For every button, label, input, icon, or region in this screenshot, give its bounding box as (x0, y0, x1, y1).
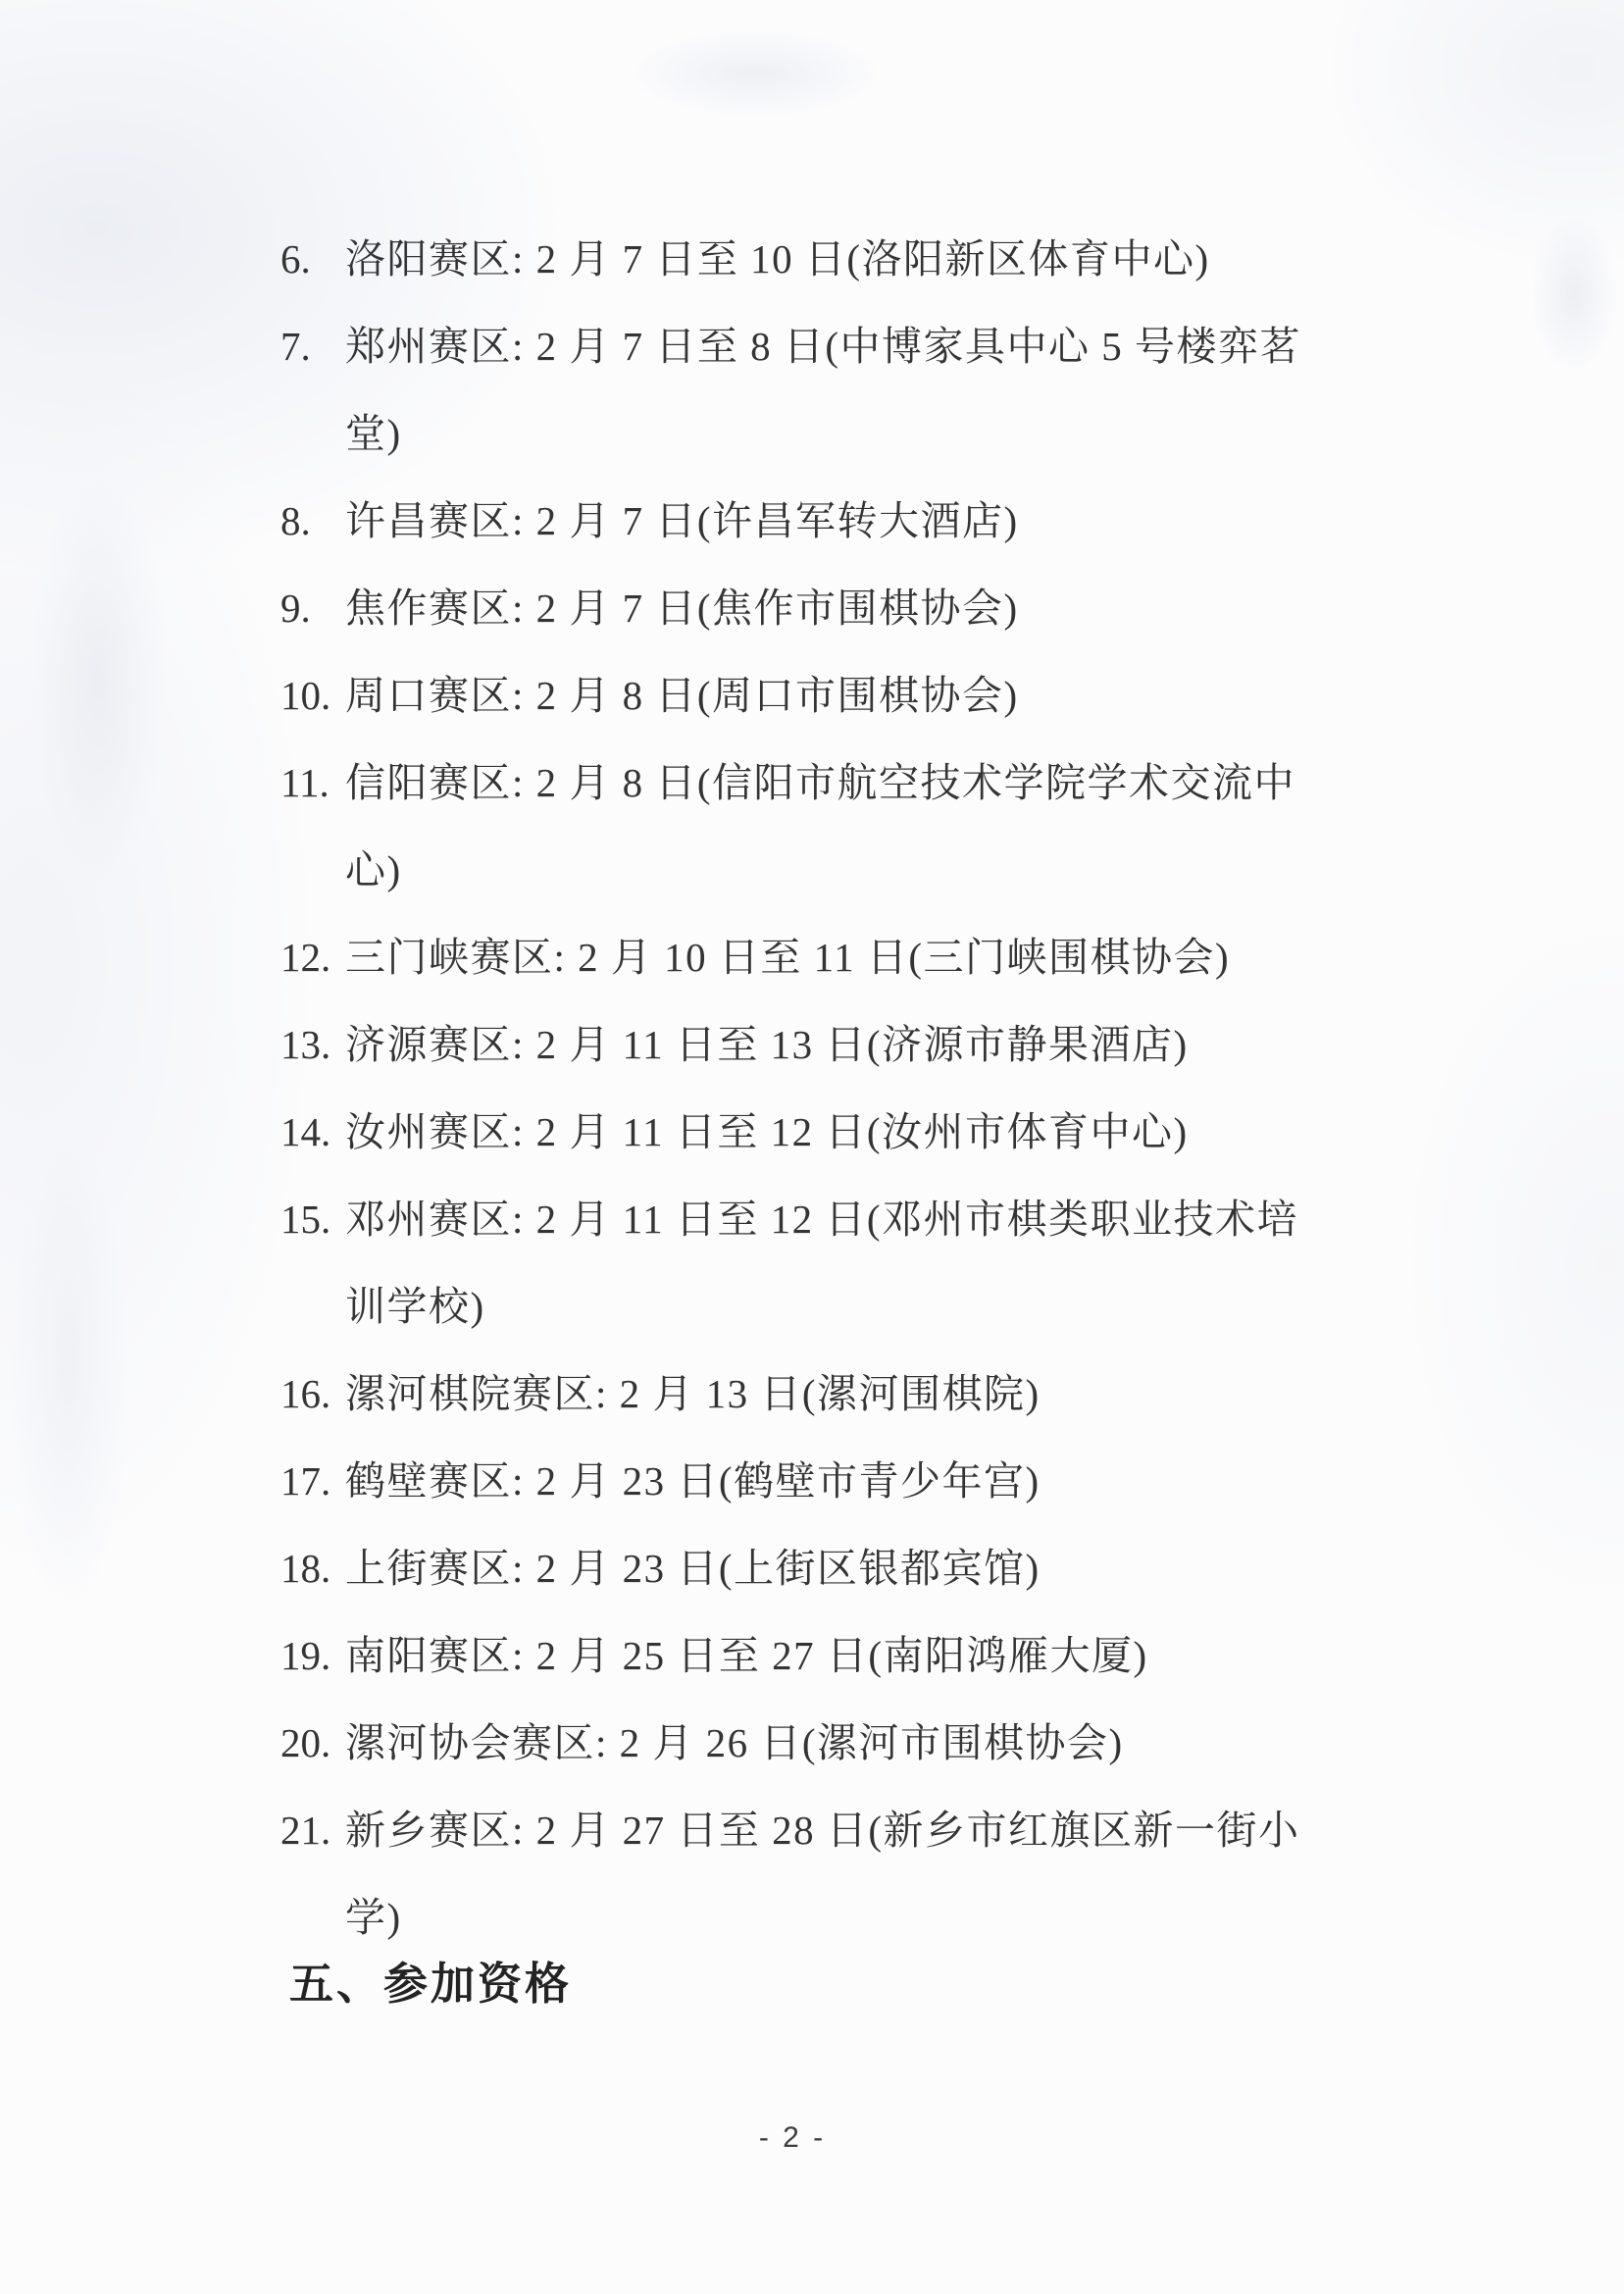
list-item-lines: 上街赛区: 2 月 23 日(上街区银都宾馆) (345, 1525, 1624, 1612)
list-item-number: 11. (280, 739, 330, 827)
list-item-number: 6. (280, 216, 311, 303)
venue-list-item: 16. 漯河棋院赛区: 2 月 13 日(漯河围棋院) (0, 1351, 1624, 1438)
list-item-number: 16. (280, 1351, 330, 1438)
list-item-line: 邓州赛区: 2 月 11 日至 12 日(邓州市棋类职业技术培 (345, 1176, 1624, 1263)
venue-list-item: 13. 济源赛区: 2 月 11 日至 13 日(济源市静果酒店) (0, 1001, 1624, 1089)
venue-list-item: 15. 邓州赛区: 2 月 11 日至 12 日(邓州市棋类职业技术培训学校) (0, 1176, 1624, 1351)
list-item-number: 15. (280, 1176, 330, 1263)
list-item-number: 8. (280, 478, 311, 565)
list-item-line: 许昌赛区: 2 月 7 日(许昌军转大酒店) (345, 478, 1624, 565)
list-item-line: 汝州赛区: 2 月 11 日至 12 日(汝州市体育中心) (345, 1089, 1624, 1176)
venue-list-item: 7. 郑州赛区: 2 月 7 日至 8 日(中博家具中心 5 号楼弈茗堂) (0, 303, 1624, 478)
venue-list-item: 19. 南阳赛区: 2 月 25 日至 27 日(南阳鸿雁大厦) (0, 1612, 1624, 1700)
venue-list-item: 11. 信阳赛区: 2 月 8 日(信阳市航空技术学院学术交流中心) (0, 739, 1624, 914)
list-item-lines: 南阳赛区: 2 月 25 日至 27 日(南阳鸿雁大厦) (345, 1612, 1624, 1700)
list-item-number: 17. (280, 1438, 330, 1525)
venue-list-item: 21. 新乡赛区: 2 月 27 日至 28 日(新乡市红旗区新一街小学) (0, 1787, 1624, 1962)
venue-list-item: 10. 周口赛区: 2 月 8 日(周口市围棋协会) (0, 652, 1624, 739)
list-item-number: 13. (280, 1001, 330, 1089)
list-item-line: 济源赛区: 2 月 11 日至 13 日(济源市静果酒店) (345, 1001, 1624, 1089)
list-item-line: 郑州赛区: 2 月 7 日至 8 日(中博家具中心 5 号楼弈茗 (345, 303, 1624, 390)
page-number: - 2 - (0, 2121, 1604, 2155)
list-item-line: 焦作赛区: 2 月 7 日(焦作市围棋协会) (345, 565, 1624, 652)
list-item-lines: 邓州赛区: 2 月 11 日至 12 日(邓州市棋类职业技术培训学校) (345, 1176, 1624, 1351)
list-item-line: 漯河棋院赛区: 2 月 13 日(漯河围棋院) (345, 1351, 1624, 1438)
list-item-lines: 汝州赛区: 2 月 11 日至 12 日(汝州市体育中心) (345, 1089, 1624, 1176)
list-item-lines: 焦作赛区: 2 月 7 日(焦作市围棋协会) (345, 565, 1624, 652)
list-item-line: 信阳赛区: 2 月 8 日(信阳市航空技术学院学术交流中 (345, 739, 1624, 827)
list-item-number: 20. (280, 1700, 330, 1787)
venue-list-item: 20. 漯河协会赛区: 2 月 26 日(漯河市围棋协会) (0, 1700, 1624, 1787)
document-page: 6. 洛阳赛区: 2 月 7 日至 10 日(洛阳新区体育中心) 7. 郑州赛区… (0, 0, 1624, 2294)
list-item-lines: 信阳赛区: 2 月 8 日(信阳市航空技术学院学术交流中心) (345, 739, 1624, 914)
list-item-lines: 周口赛区: 2 月 8 日(周口市围棋协会) (345, 652, 1624, 739)
list-item-line: 训学校) (345, 1263, 1624, 1351)
scan-smudge (628, 29, 883, 118)
list-item-line: 漯河协会赛区: 2 月 26 日(漯河市围棋协会) (345, 1700, 1624, 1787)
list-item-line: 洛阳赛区: 2 月 7 日至 10 日(洛阳新区体育中心) (345, 216, 1624, 303)
list-item-number: 10. (280, 652, 330, 739)
venue-list-item: 12. 三门峡赛区: 2 月 10 日至 11 日(三门峡围棋协会) (0, 914, 1624, 1001)
list-item-line: 周口赛区: 2 月 8 日(周口市围棋协会) (345, 652, 1624, 739)
list-item-lines: 新乡赛区: 2 月 27 日至 28 日(新乡市红旗区新一街小学) (345, 1787, 1624, 1962)
list-item-lines: 济源赛区: 2 月 11 日至 13 日(济源市静果酒店) (345, 1001, 1624, 1089)
venue-list-item: 17. 鹤壁赛区: 2 月 23 日(鹤壁市青少年宫) (0, 1438, 1624, 1525)
list-item-lines: 洛阳赛区: 2 月 7 日至 10 日(洛阳新区体育中心) (345, 216, 1624, 303)
list-item-lines: 鹤壁赛区: 2 月 23 日(鹤壁市青少年宫) (345, 1438, 1624, 1525)
venue-list-item: 6. 洛阳赛区: 2 月 7 日至 10 日(洛阳新区体育中心) (0, 216, 1624, 303)
list-item-line: 鹤壁赛区: 2 月 23 日(鹤壁市青少年宫) (345, 1438, 1624, 1525)
list-item-lines: 许昌赛区: 2 月 7 日(许昌军转大酒店) (345, 478, 1624, 565)
list-item-lines: 三门峡赛区: 2 月 10 日至 11 日(三门峡围棋协会) (345, 914, 1624, 1001)
list-item-line: 南阳赛区: 2 月 25 日至 27 日(南阳鸿雁大厦) (345, 1612, 1624, 1700)
list-item-number: 12. (280, 914, 330, 1001)
venue-list-item: 18. 上街赛区: 2 月 23 日(上街区银都宾馆) (0, 1525, 1624, 1612)
list-item-lines: 郑州赛区: 2 月 7 日至 8 日(中博家具中心 5 号楼弈茗堂) (345, 303, 1624, 478)
list-item-line: 新乡赛区: 2 月 27 日至 28 日(新乡市红旗区新一街小 (345, 1787, 1624, 1874)
list-item-line: 上街赛区: 2 月 23 日(上街区银都宾馆) (345, 1525, 1624, 1612)
list-item-line: 堂) (345, 390, 1624, 478)
venue-list-item: 9. 焦作赛区: 2 月 7 日(焦作市围棋协会) (0, 565, 1624, 652)
list-item-line: 三门峡赛区: 2 月 10 日至 11 日(三门峡围棋协会) (345, 914, 1624, 1001)
venue-list-item: 14. 汝州赛区: 2 月 11 日至 12 日(汝州市体育中心) (0, 1089, 1624, 1176)
list-item-number: 18. (280, 1525, 330, 1612)
venue-list-item: 8. 许昌赛区: 2 月 7 日(许昌军转大酒店) (0, 478, 1624, 565)
list-item-number: 19. (280, 1612, 330, 1700)
list-item-lines: 漯河棋院赛区: 2 月 13 日(漯河围棋院) (345, 1351, 1624, 1438)
list-item-number: 14. (280, 1089, 330, 1176)
list-item-line: 心) (345, 827, 1624, 914)
venue-list: 6. 洛阳赛区: 2 月 7 日至 10 日(洛阳新区体育中心) 7. 郑州赛区… (0, 216, 1624, 1962)
list-item-number: 7. (280, 303, 311, 390)
section-heading: 五、参加资格 (289, 1940, 572, 2027)
list-item-lines: 漯河协会赛区: 2 月 26 日(漯河市围棋协会) (345, 1700, 1624, 1787)
list-item-number: 21. (280, 1787, 330, 1874)
list-item-number: 9. (280, 565, 311, 652)
